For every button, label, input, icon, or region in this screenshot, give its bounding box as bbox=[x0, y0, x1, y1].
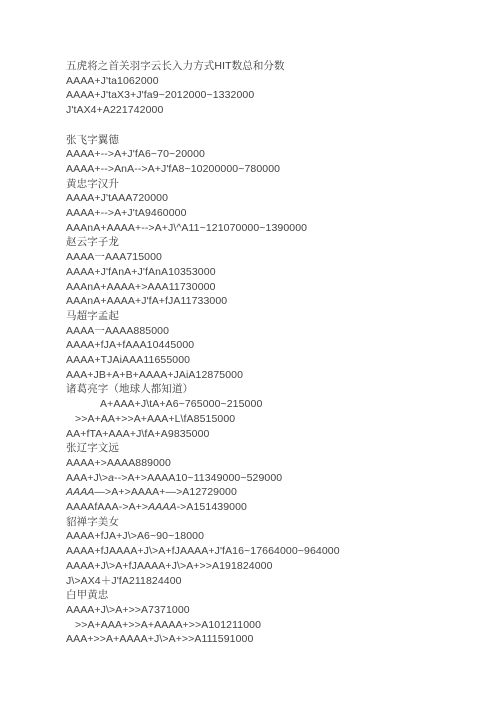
combo-line: AAAA+J'taX3+J'fa9~2012000~1332000 bbox=[66, 88, 480, 103]
document-page: 五虎将之首关羽字云长入力方式HIT数总和分数AAAA+J'ta1062000AA… bbox=[0, 0, 500, 707]
combo-text-segment: A+AAA+J\tA+A6~765000~215000 bbox=[100, 398, 262, 410]
combo-text-segment: AAA+JB+A+B+AAAA+JAiA12875000 bbox=[66, 369, 243, 381]
combo-line: J'tAX4+A221742000 bbox=[66, 103, 480, 118]
combo-line: AAAA+J\>A+fJAAAA+J\>A+>>A191824000 bbox=[66, 559, 480, 574]
combo-line: AAAA+J'fAnA+J'fAnA10353000 bbox=[66, 265, 480, 280]
combo-text-segment: AAAA+-->A+J'tA9460000 bbox=[66, 207, 187, 219]
combo-text-segment: AAAnA+AAAA+>AAA11730000 bbox=[66, 281, 216, 293]
combo-line: AAAA+-->A+J'fA6~70~20000 bbox=[66, 147, 480, 162]
section-heading: 张辽字文远 bbox=[66, 441, 480, 456]
section-gap bbox=[66, 118, 480, 133]
combo-line: AAAA—>A+>AAAA+—>A12729000 bbox=[66, 485, 480, 500]
section-heading: 马超字孟起 bbox=[66, 309, 480, 324]
combo-text-segment: AAAA+fJA+fAAA10445000 bbox=[66, 339, 194, 351]
combo-text-segment: J\>AX4＋J'fA211824400 bbox=[66, 575, 182, 587]
combo-line: AAAA+J\>A+>>A7371000 bbox=[66, 603, 480, 618]
combo-text-segment: AAAA+J\>A+>>A7371000 bbox=[66, 604, 190, 616]
combo-text-segment: ->A151439000 bbox=[177, 501, 247, 513]
combo-text-segment: AAAA+-->A+J'fA6~70~20000 bbox=[66, 148, 205, 160]
combo-text-segment: AA+fTA+AAA+J\fA+A9835000 bbox=[66, 428, 209, 440]
document-content: 五虎将之首关羽字云长入力方式HIT数总和分数AAAA+J'ta1062000AA… bbox=[66, 59, 480, 647]
combo-text-segment: AAAA bbox=[66, 486, 94, 498]
combo-text-segment: -->A+>AAAA10~11349000~529000 bbox=[114, 472, 282, 484]
combo-line: AAAA+TJAiAAA11655000 bbox=[66, 353, 480, 368]
section-heading: 诸葛亮字（地球人都知道） bbox=[66, 382, 480, 397]
combo-text-segment: AAAA+J'taX3+J'fa9~2012000~1332000 bbox=[66, 89, 254, 101]
combo-text-segment: >>A+AAA+>>A+AAAA+>>A101211000 bbox=[75, 619, 261, 631]
combo-text-segment: AAAA+TJAiAAA11655000 bbox=[66, 354, 190, 366]
combo-line: AAA+>>A+AAAA+J\>A+>>A111591000 bbox=[66, 632, 480, 647]
combo-line: AAAA+>AAAA889000 bbox=[66, 456, 480, 471]
combo-text-segment: AAAnA+AAAA+-->A+J\^A11~121070000~1390000 bbox=[66, 222, 307, 234]
combo-line: AAAAfAAA->A+>AAAA->A151439000 bbox=[66, 500, 480, 515]
combo-text-segment: AAAA+J'tAAA720000 bbox=[66, 192, 168, 204]
combo-text-segment: >>A+AA+>>A+AAA+L\fA8515000 bbox=[75, 413, 235, 425]
combo-text-segment: AAAAfAAA->A+> bbox=[66, 501, 148, 513]
section-heading: 黄忠字汉升 bbox=[66, 177, 480, 192]
combo-text-segment: J'tAX4+A221742000 bbox=[66, 104, 163, 116]
combo-line: AAAA+fJA+fAAA10445000 bbox=[66, 338, 480, 353]
combo-text-segment: AAAA+-->AnA-->A+J'fA8~10200000~780000 bbox=[66, 163, 280, 175]
combo-text-segment: AAAA+J\>A+fJAAAA+J\>A+>>A191824000 bbox=[66, 560, 273, 572]
combo-text-segment: AAAA+fJAAAA+J\>A+fJAAAA+J'fA16~17664000~… bbox=[66, 545, 340, 557]
combo-line: AAAA+fJAAAA+J\>A+fJAAAA+J'fA16~17664000~… bbox=[66, 544, 480, 559]
section-heading: 赵云字子龙 bbox=[66, 235, 480, 250]
combo-text-segment: AAAA+J'fAnA+J'fAnA10353000 bbox=[66, 266, 216, 278]
combo-line: AAAnA+AAAA+>AAA11730000 bbox=[66, 280, 480, 295]
combo-line: J\>AX4＋J'fA211824400 bbox=[66, 574, 480, 589]
combo-text-segment: AAAA bbox=[148, 501, 176, 513]
combo-line: A+AAA+J\tA+A6~765000~215000 bbox=[66, 397, 480, 412]
combo-text-segment: AAAA一AAAA885000 bbox=[66, 325, 169, 337]
combo-line: AAAA+fJA+J\>A6~90~18000 bbox=[66, 529, 480, 544]
combo-line: AAAA+J'tAAA720000 bbox=[66, 191, 480, 206]
combo-line: AAAA+-->AnA-->A+J'fA8~10200000~780000 bbox=[66, 162, 480, 177]
combo-line: AAAA+-->A+J'tA9460000 bbox=[66, 206, 480, 221]
page-title: 五虎将之首关羽字云长入力方式HIT数总和分数 bbox=[66, 59, 480, 74]
combo-line: AAAnA+AAAA+J'fA+fJA11733000 bbox=[66, 294, 480, 309]
combo-line: AAA+J\>a-->A+>AAAA10~11349000~529000 bbox=[66, 471, 480, 486]
combo-text-segment: AAA+>>A+AAAA+J\>A+>>A111591000 bbox=[66, 633, 253, 645]
combo-text-segment: AAAA+>AAAA889000 bbox=[66, 457, 171, 469]
combo-text-segment: AAAA一AAA715000 bbox=[66, 251, 162, 263]
combo-text-segment: AAAnA+AAAA+J'fA+fJA11733000 bbox=[66, 295, 227, 307]
combo-text-segment: AAAA+J'ta1062000 bbox=[66, 75, 159, 87]
combo-line: >>A+AA+>>A+AAA+L\fA8515000 bbox=[66, 412, 480, 427]
combo-line: AAAA一AAAA885000 bbox=[66, 324, 480, 339]
combo-line: AA+fTA+AAA+J\fA+A9835000 bbox=[66, 427, 480, 442]
section-heading: 貂禅字美女 bbox=[66, 515, 480, 530]
combo-line: AAA+JB+A+B+AAAA+JAiA12875000 bbox=[66, 368, 480, 383]
section-heading: 张飞字翼德 bbox=[66, 133, 480, 148]
combo-text-segment: AAAA+fJA+J\>A6~90~18000 bbox=[66, 530, 204, 542]
combo-text-segment: AAA+J\> bbox=[66, 472, 108, 484]
combo-line: AAAA一AAA715000 bbox=[66, 250, 480, 265]
combo-line: AAAnA+AAAA+-->A+J\^A11~121070000~1390000 bbox=[66, 221, 480, 236]
section-heading: 白甲黄忠 bbox=[66, 588, 480, 603]
combo-line: >>A+AAA+>>A+AAAA+>>A101211000 bbox=[66, 618, 480, 633]
combo-line: AAAA+J'ta1062000 bbox=[66, 74, 480, 89]
combo-text-segment: —>A+>AAAA+—>A12729000 bbox=[94, 486, 237, 498]
